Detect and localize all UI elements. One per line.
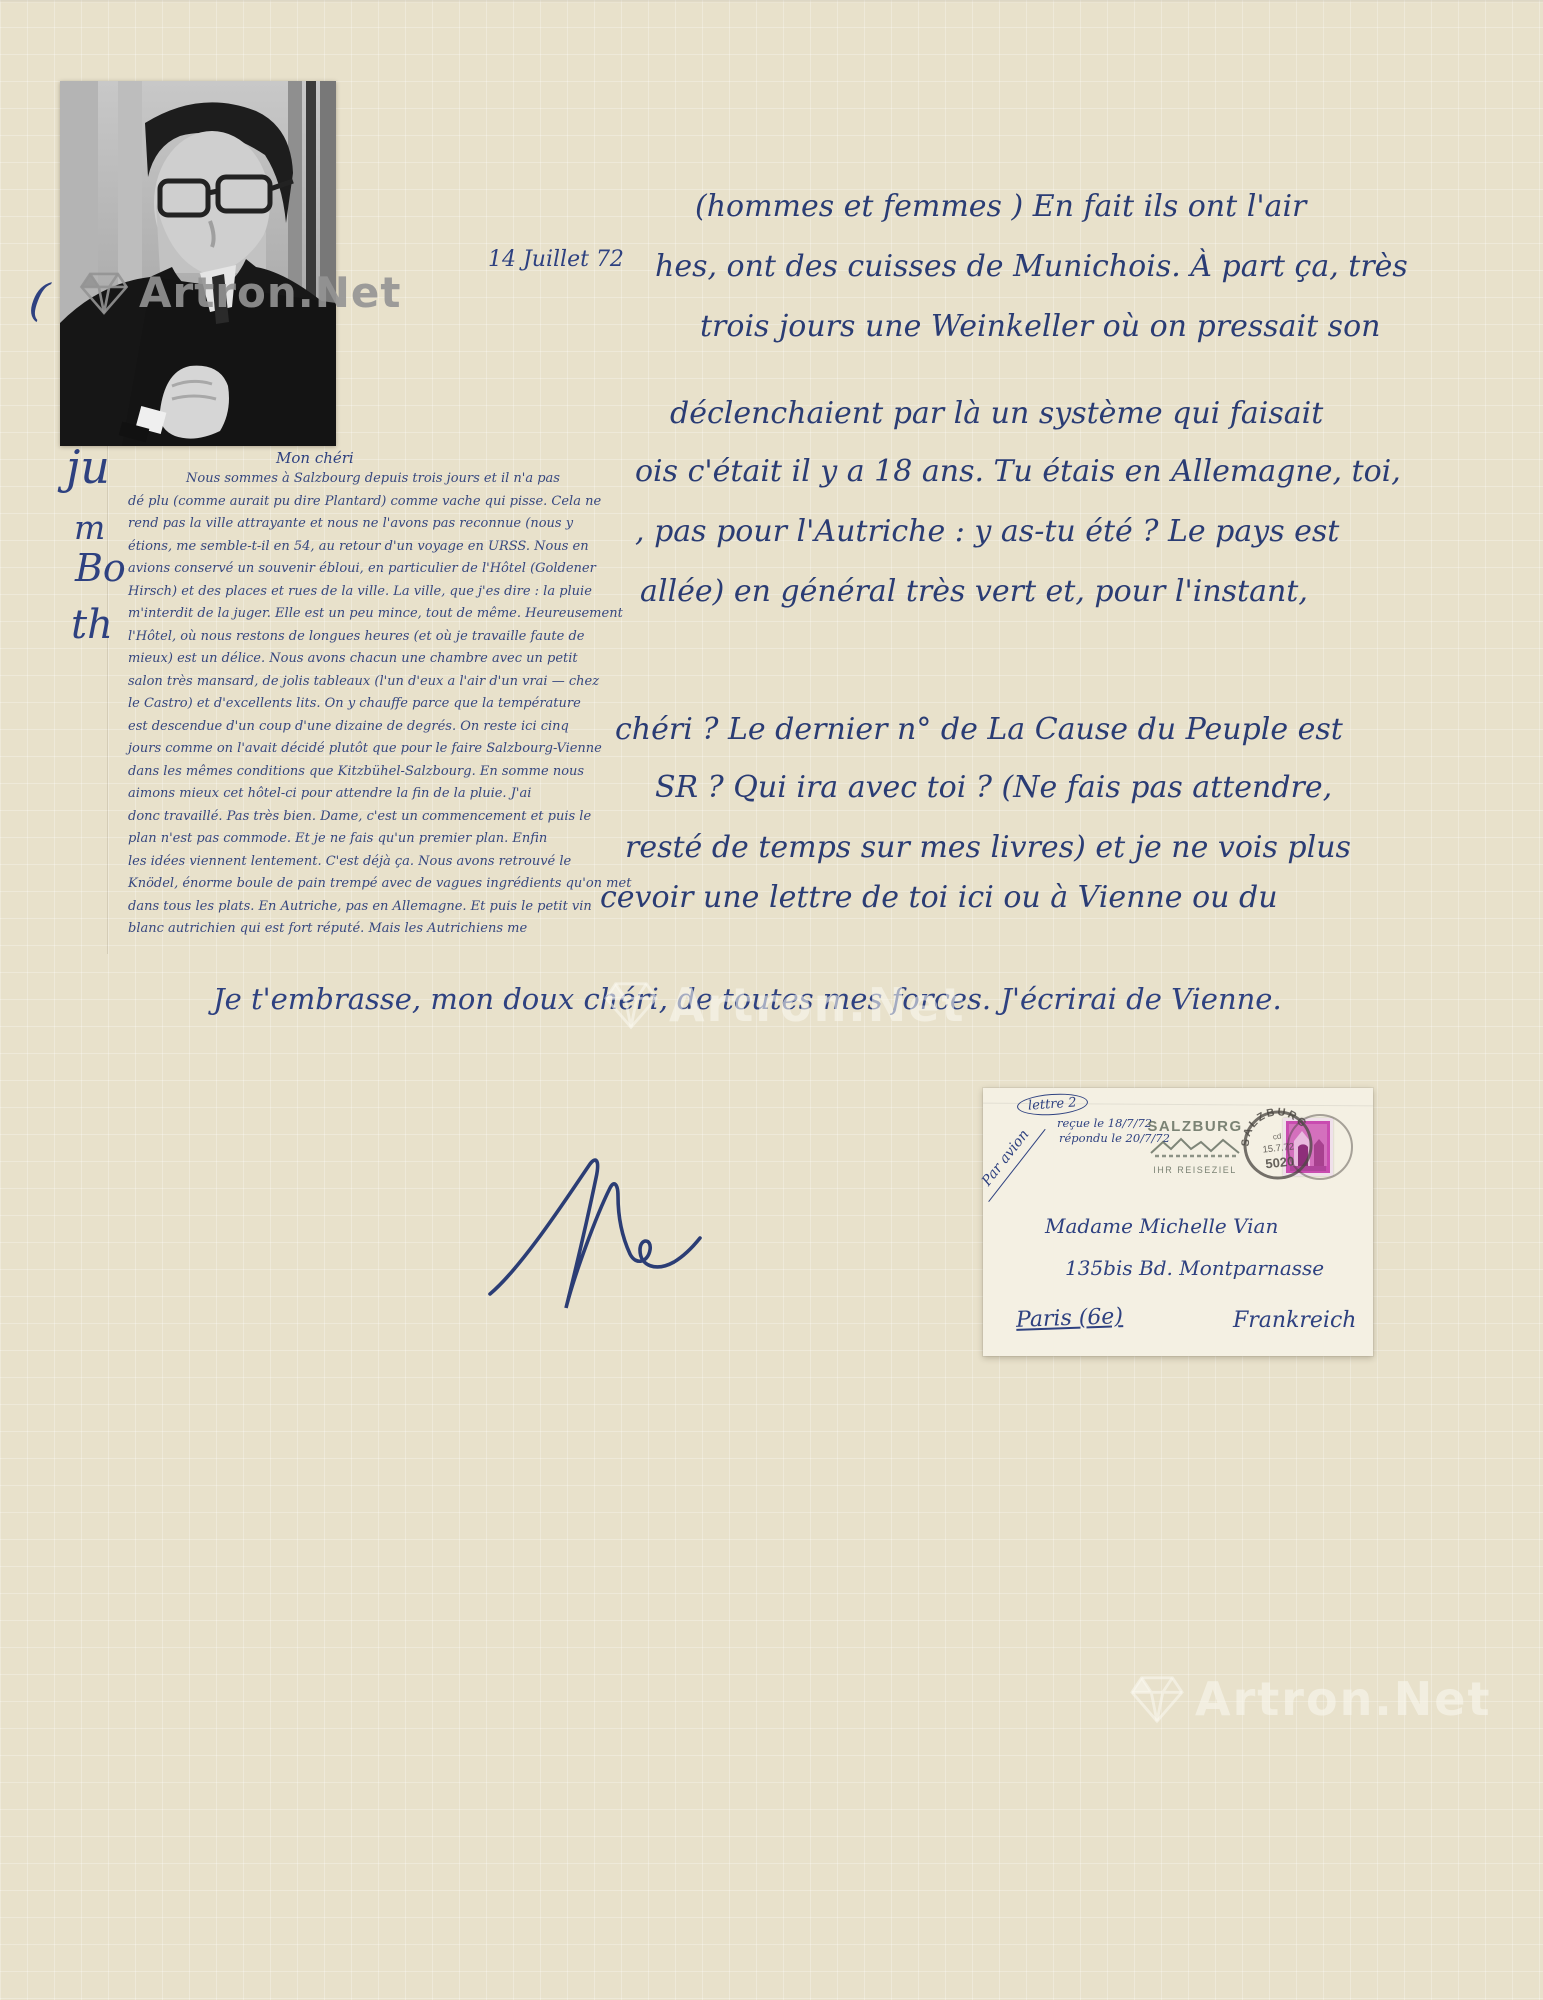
letter-line: salon très mansard, de jolis tableaux (l… [128,671,662,694]
airmail-annotation: Par avion [972,1116,1046,1202]
letter-line: blanc autrichien qui est fort réputé. Ma… [128,918,662,941]
letter-line: cevoir une lettre de toi ici ou à Vienne… [600,876,1380,920]
letter-line: Knödel, énorme boule de pain trempé avec… [128,873,662,896]
letter-line: Nous sommes à Salzbourg depuis trois jou… [128,468,662,491]
letter-line: ois c'était il y a 18 ans. Tu étais en A… [635,450,1380,494]
postmark-letters: cd [1272,1132,1281,1142]
envelope-note-circled: lettre 2 [1016,1092,1088,1118]
portrait-illustration [60,81,336,446]
ink-fragment: ju [66,440,110,494]
letter-line: resté de temps sur mes livres) et je ne … [625,826,1380,870]
letter-line: étions, me semble-t-il en 54, au retour … [128,536,662,559]
letter-line: donc travaillé. Pas très bien. Dame, c'e… [128,806,662,829]
letter-line: aimons mieux cet hôtel-ci pour attendre … [128,783,662,806]
letter-salutation: Mon chéri [276,449,354,467]
letter-line: trois jours une Weinkeller où on pressai… [700,305,1380,349]
letter-line: plan n'est pas commode. Et je ne fais qu… [128,828,662,851]
slogan-text: IHR REISEZIEL [1146,1165,1244,1175]
envelope-note-received: reçue le 18/7/72 [1057,1116,1152,1130]
address-line: Paris (6e) [1016,1304,1124,1333]
letter-line: , pas pour l'Autriche : y as-tu été ? Le… [635,510,1380,554]
letter-line: allée) en général très vert et, pour l'i… [640,570,1380,614]
letter-line: (hommes et femmes ) En fait ils ont l'ai… [695,185,1380,229]
slogan-cancel: SALZBURG IHR REISEZIEL [1146,1118,1244,1175]
letter-line: hes, ont des cuisses de Munichois. À par… [655,245,1380,289]
letter-line: chéri ? Le dernier n° de La Cause du Peu… [615,708,1380,752]
letter-line: les idées viennent lentement. C'est déjà… [128,851,662,874]
secondary-cancel-ring [1287,1114,1353,1180]
ink-fragment: Bo [75,546,126,590]
watermark-artron-bottom: Artron.Net [1128,1672,1491,1726]
slogan-city: SALZBURG [1146,1118,1244,1135]
signature-scrawl [478,1126,708,1330]
letter-line: dans tous les plats. En Autriche, pas en… [128,896,662,919]
scanned-letter-page: { "watermark": { "brand": "Artron.Net" }… [0,0,1543,2000]
ink-fragment: m [74,508,105,547]
letter-line: rend pas la ville attrayante et nous ne … [128,513,662,536]
letter-line: avions conservé un souvenir ébloui, en p… [128,558,662,581]
letter-line: mieux) est un délice. Nous avons chacun … [128,648,662,671]
watermark-brand-text: Artron.Net [1195,1672,1491,1726]
ink-fragment: ( [25,271,52,327]
fold-crease [0,0,1543,3]
letter-line: m'interdit de la juger. Elle est un peu … [128,603,662,626]
letter-date: 14 Juillet 72 [488,247,624,272]
letter-line: le Castro) et d'excellents lits. On y ch… [128,693,662,716]
artron-gem-icon [1128,1673,1186,1725]
letter-closing: Je t'embrasse, mon doux chéri, de toutes… [213,982,1282,1016]
letter-line: SR ? Qui ira avec toi ? (Ne fais pas att… [655,766,1380,810]
mountain-skyline-icon [1149,1135,1241,1159]
letter-body-page2: (hommes et femmes ) En fait ils ont l'ai… [600,175,1380,920]
portrait-photo [60,81,336,446]
address-line: Madame Michelle Vian [1045,1214,1278,1238]
letter-body-page1: Nous sommes à Salzbourg depuis trois jou… [128,468,662,941]
address-line: Frankreich [1233,1308,1356,1333]
letter-line: Hirsch) et des places et rues de la vill… [128,581,662,604]
envelope: lettre 2 reçue le 18/7/72 répondu le 20/… [983,1088,1373,1356]
letter-line: dé plu (comme aurait pu dire Plantard) c… [128,491,662,514]
letter-line: l'Hôtel, où nous restons de longues heur… [128,626,662,649]
address-line: 135bis Bd. Montparnasse [1065,1256,1324,1280]
letter-line: dans les mêmes conditions que Kitzbühel-… [128,761,662,784]
letter-line: déclenchaient par là un système qui fais… [670,392,1380,436]
letter-line: est descendue d'un coup d'une dizaine de… [128,716,662,739]
letter-line: jours comme on l'avait décidé plutôt que… [128,738,662,761]
ink-fragment: th [71,602,113,648]
